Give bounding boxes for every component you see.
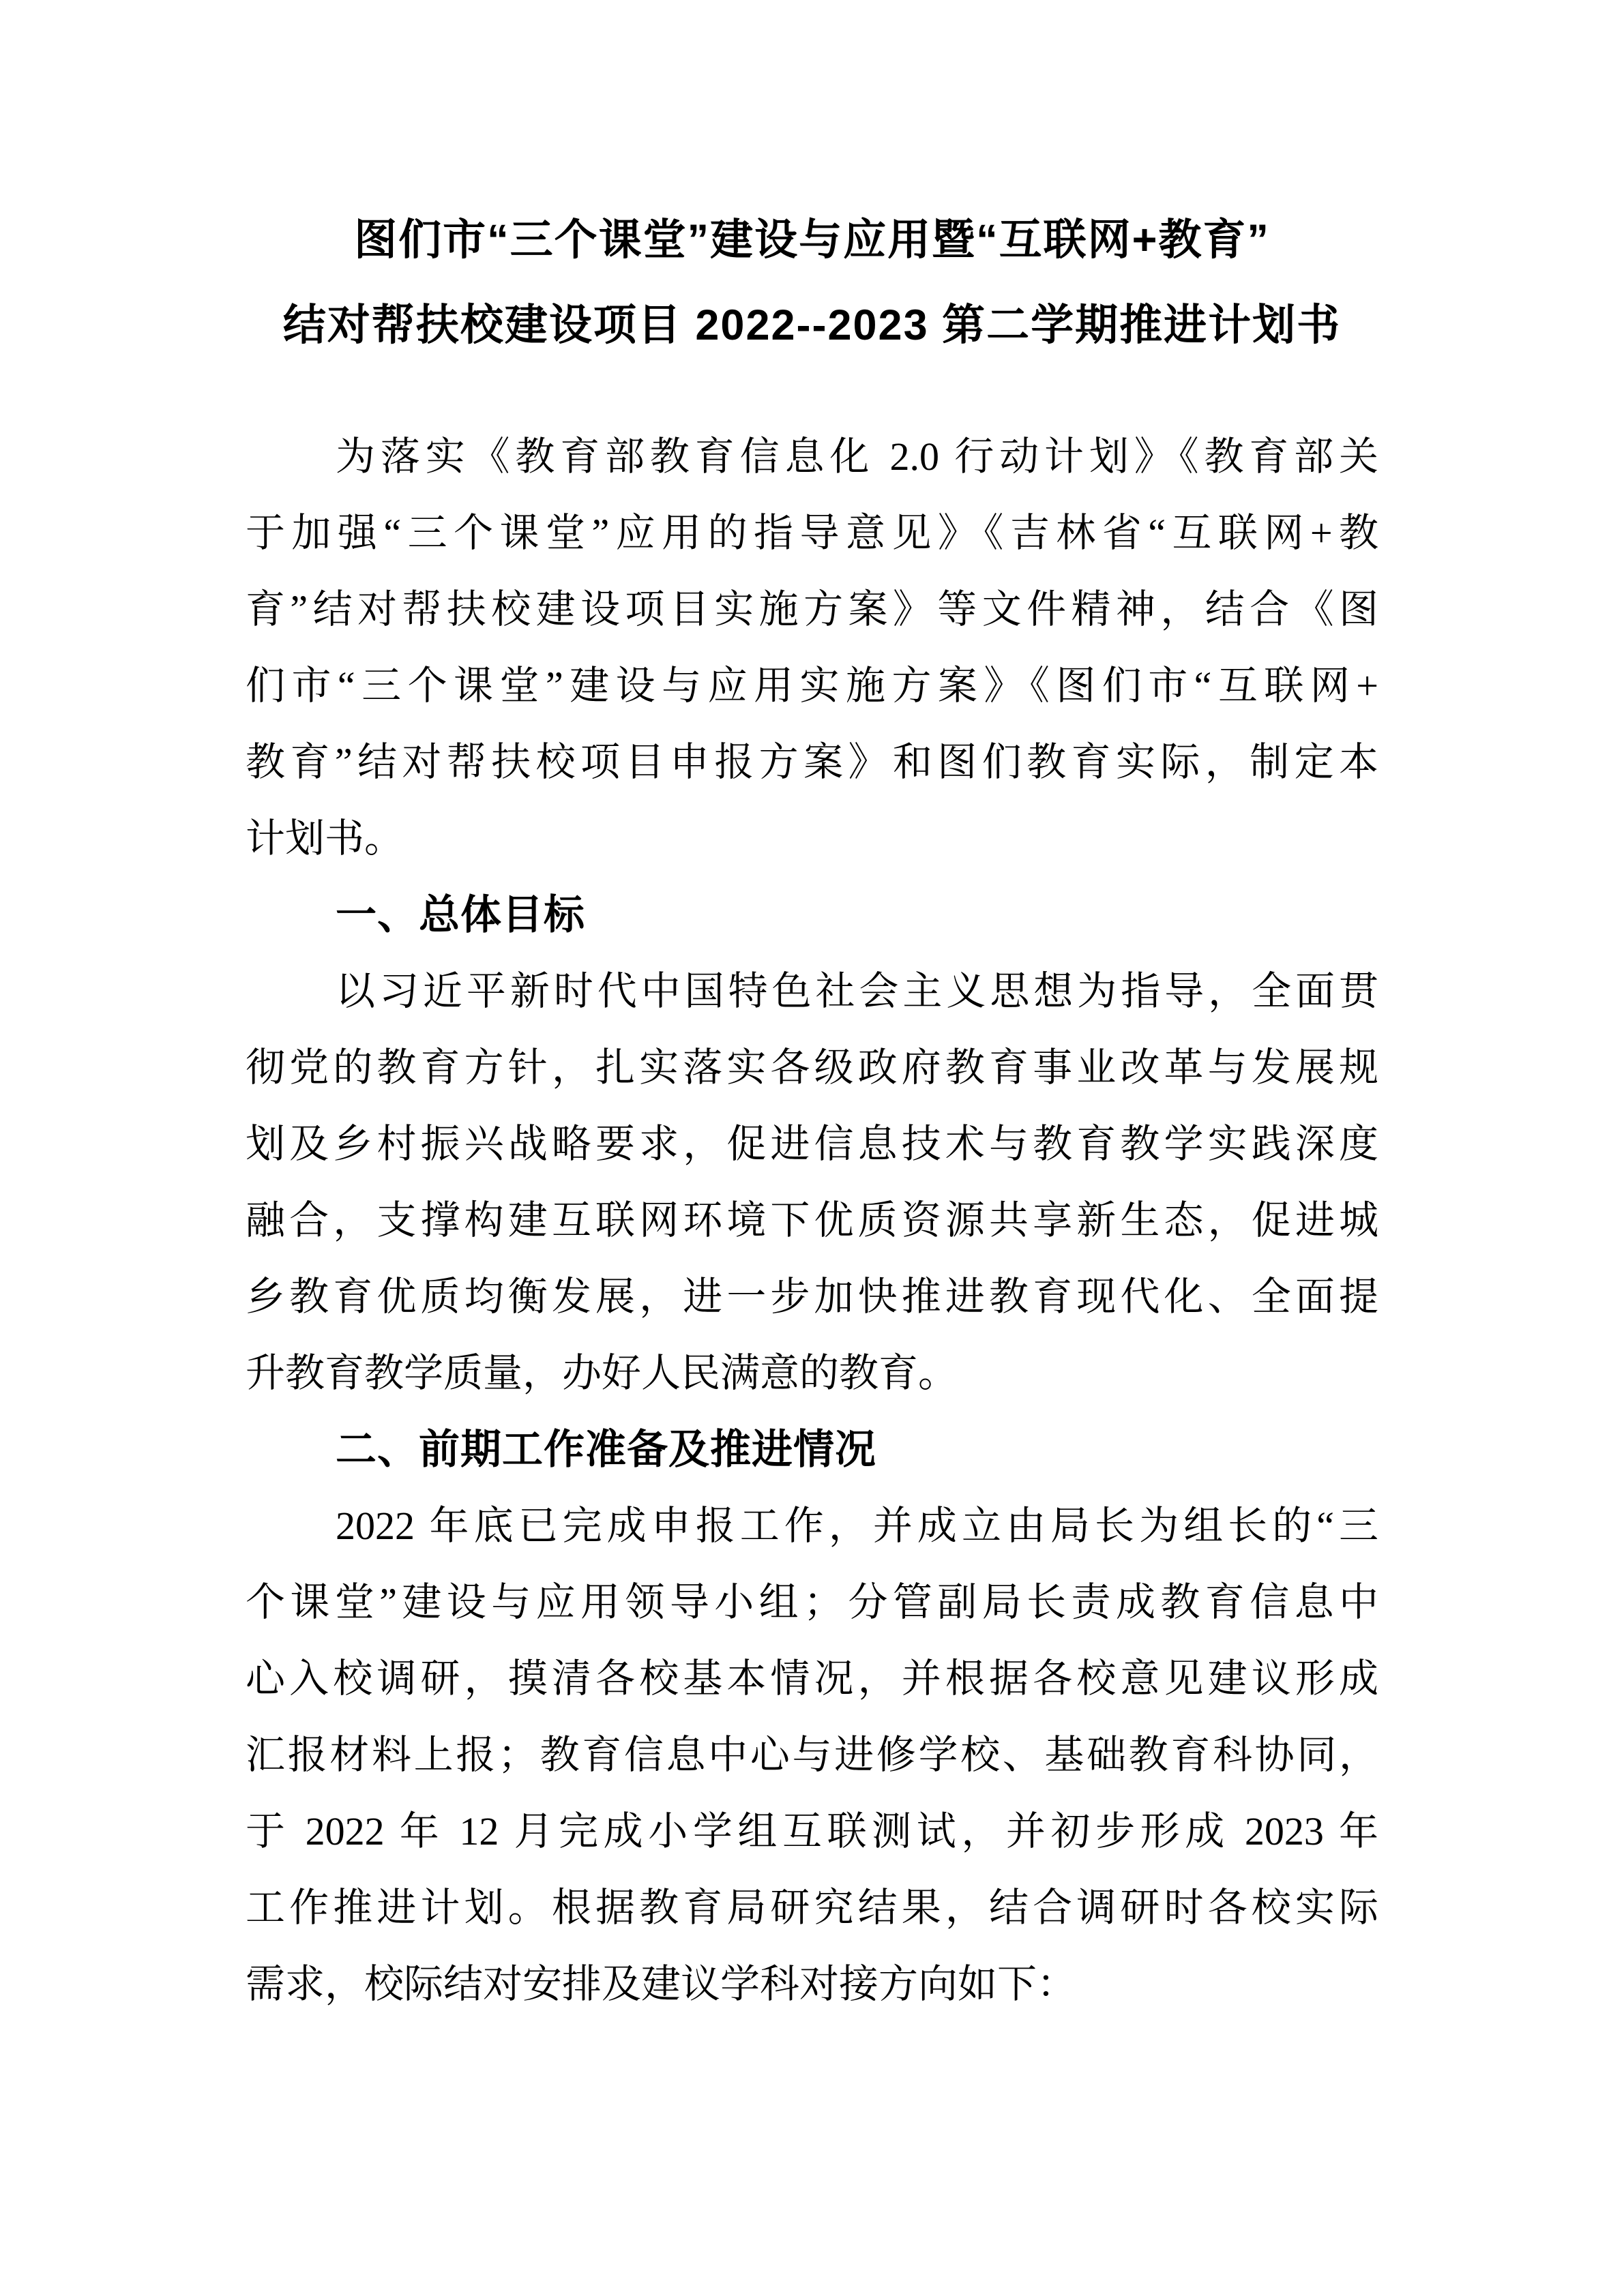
paragraph-line: 心入校调研，摸清各校基本情况，并根据各校意见建议形成 [246,1641,1378,1717]
title-line-2: 结对帮扶校建设项目 2022--2023 第二学期推进计划书 [246,283,1378,368]
intro-paragraph: 为落实《教育部教育信息化 2.0 行动计划》《教育部关 于加强“三个课堂”应用的… [246,419,1378,877]
paragraph-line: 个课堂”建设与应用领导小组；分管副局长责成教育信息中 [246,1564,1378,1641]
paragraph-line: 以习近平新时代中国特色社会主义思想为指导，全面贯 [246,953,1378,1030]
paragraph-line: 教育”结对帮扶校项目申报方案》和图们教育实际，制定本 [246,724,1378,801]
title-line-1: 图们市“三个课堂”建设与应用暨“互联网+教育” [246,198,1378,283]
paragraph-line: 们市“三个课堂”建设与应用实施方案》《图们市“互联网+ [246,648,1378,724]
document-title: 图们市“三个课堂”建设与应用暨“互联网+教育” 结对帮扶校建设项目 2022--… [246,198,1378,368]
document-page: 图们市“三个课堂”建设与应用暨“互联网+教育” 结对帮扶校建设项目 2022--… [0,0,1624,2296]
paragraph-line: 乡教育优质均衡发展，进一步加快推进教育现代化、全面提 [246,1259,1378,1335]
paragraph-line: 汇报材料上报；教育信息中心与进修学校、基础教育科协同， [246,1717,1378,1793]
paragraph-line: 于 2022 年 12 月完成小学组互联测试，并初步形成 2023 年 [246,1793,1378,1870]
paragraph-line: 需求，校际结对安排及建议学科对接方向如下： [246,1946,1378,2023]
paragraph-line: 彻党的教育方针，扎实落实各级政府教育事业改革与发展规 [246,1030,1378,1106]
section-heading-preparation-progress: 二、前期工作准备及推进情况 [246,1412,1378,1488]
paragraph-line: 2022 年底已完成申报工作，并成立由局长为组长的“三 [246,1488,1378,1564]
paragraph-line: 育”结对帮扶校建设项目实施方案》等文件精神，结合《图 [246,571,1378,648]
paragraph-line: 于加强“三个课堂”应用的指导意见》《吉林省“互联网+教 [246,495,1378,571]
paragraph-line: 为落实《教育部教育信息化 2.0 行动计划》《教育部关 [246,419,1378,495]
preparation-progress-paragraph: 2022 年底已完成申报工作，并成立由局长为组长的“三 个课堂”建设与应用领导小… [246,1488,1378,2023]
paragraph-line: 划及乡村振兴战略要求，促进信息技术与教育教学实践深度 [246,1106,1378,1182]
paragraph-line: 融合，支撑构建互联网环境下优质资源共享新生态，促进城 [246,1182,1378,1259]
overall-goals-paragraph: 以习近平新时代中国特色社会主义思想为指导，全面贯 彻党的教育方针，扎实落实各级政… [246,953,1378,1412]
paragraph-line: 工作推进计划。根据教育局研究结果，结合调研时各校实际 [246,1870,1378,1946]
paragraph-line: 计划书。 [246,801,1378,877]
paragraph-line: 升教育教学质量，办好人民满意的教育。 [246,1335,1378,1412]
section-heading-overall-goals: 一、总体目标 [246,877,1378,953]
